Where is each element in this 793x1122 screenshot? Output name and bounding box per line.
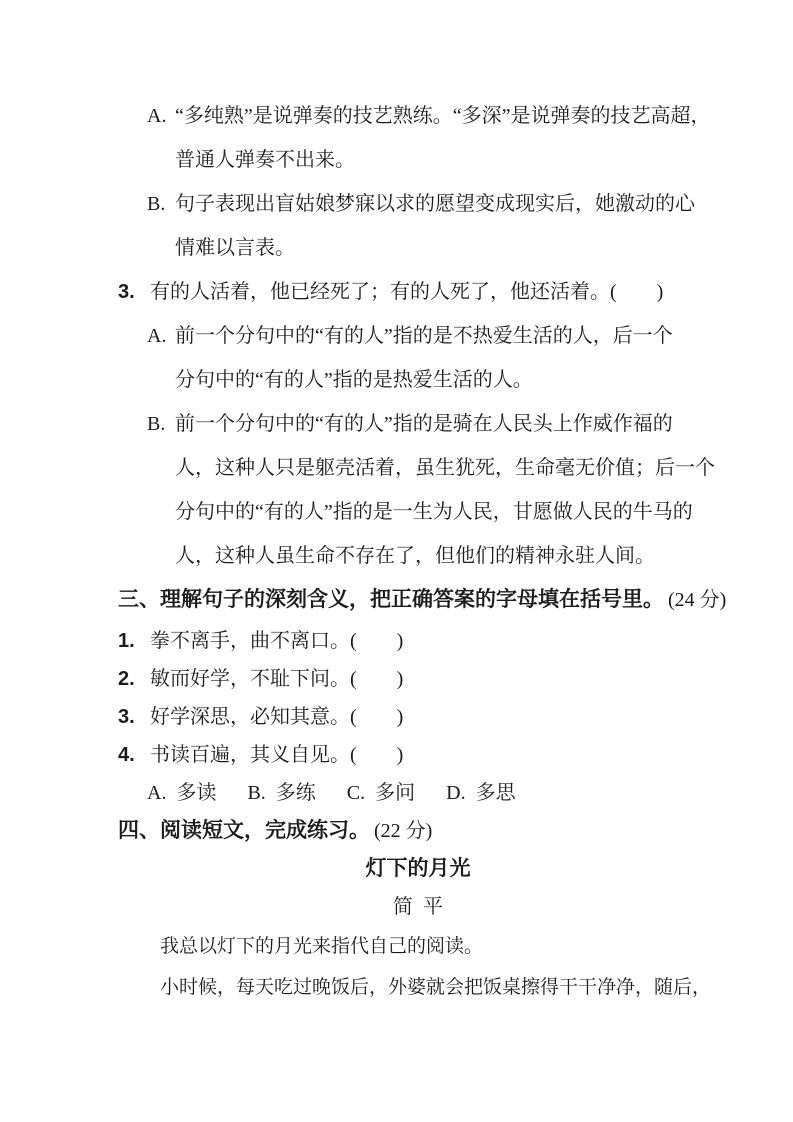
item-4-text: 书读百遍，其义自见。( ) [150,744,403,766]
items-region: 1.拳不离手，曲不离口。( ) 2.敏而好学，不耻下问。( ) 3.好学深思，必… [118,622,718,926]
choice-d: D.多思 [446,782,515,804]
q2-option-b: B. 句子表现出盲姑娘梦寐以求的愿望变成现实后，她激动的心 情难以言表。 [118,182,718,270]
worksheet-page: A. “多纯熟”是说弹奏的技艺熟练。“多深”是说弹奏的技艺高超， 普通人弹奏不出… [0,0,793,1122]
question-region: A. “多纯熟”是说弹奏的技艺熟练。“多深”是说弹奏的技艺高超， 普通人弹奏不出… [118,94,718,622]
choice-d-letter: D. [446,782,465,804]
option-text-b: 句子表现出盲姑娘梦寐以求的愿望变成现实后，她激动的心 情难以言表。 [175,193,695,259]
passage-title: 灯下的月光 [118,850,718,888]
passage-body: 我总以灯下的月光来指代自己的阅读。 小时候，每天吃过晚饭后，外婆就会把饭桌擦得干… [118,926,718,1008]
choice-c: C.多问 [347,782,415,804]
choice-b-letter: B. [247,782,265,804]
passage-author: 简平 [118,888,718,926]
option-letter-b: B. [147,182,165,226]
choice-c-text: 多问 [375,782,415,804]
q3-option-text-b: 前一个分句中的“有的人”指的是骑在人民头上作威作福的 人，这种人只是躯壳活着，虽… [175,413,715,567]
section-3-heading-text: 三、理解句子的深刻含义，把正确答案的字母填在括号里。 [118,588,664,611]
passage-paragraph-2: 小时候，每天吃过晚饭后，外婆就会把饭桌擦得干干净净，随后， [118,967,718,1008]
item-3-text: 好学深思，必知其意。( ) [150,706,403,728]
choice-b: B.多练 [247,782,315,804]
q2-option-a: A. “多纯熟”是说弹奏的技艺熟练。“多深”是说弹奏的技艺高超， 普通人弹奏不出… [118,94,718,182]
item-4-number: 4. [118,736,150,774]
choice-c-letter: C. [347,782,365,804]
passage-paragraph-1: 我总以灯下的月光来指代自己的阅读。 [118,926,718,967]
question-3-number: 3. [118,270,150,314]
q3-option-b: B. 前一个分句中的“有的人”指的是骑在人民头上作威作福的 人，这种人只是躯壳活… [118,402,718,578]
choice-b-text: 多练 [276,782,316,804]
q3-option-letter-b: B. [147,402,165,446]
section-4-heading: 四、阅读短文，完成练习。(22 分) [118,812,718,850]
section-3-heading: 三、理解句子的深刻含义，把正确答案的字母填在括号里。(24 分) [118,578,718,622]
option-letter-a: A. [147,94,166,138]
choices-row: A.多读 B.多练 C.多问 D.多思 [118,774,718,812]
item-1-number: 1. [118,622,150,660]
item-2: 2.敏而好学，不耻下问。( ) [118,660,718,698]
section-4-heading-text: 四、阅读短文，完成练习。 [118,819,370,842]
item-2-text: 敏而好学，不耻下问。( ) [150,668,403,690]
section-4-score: (22 分) [374,820,432,842]
q3-option-letter-a: A. [147,314,166,358]
item-4: 4.书读百遍，其义自见。( ) [118,736,718,774]
choice-d-text: 多思 [476,782,516,804]
question-3-text: 有的人活着，他已经死了；有的人死了，他还活着。( ) [150,281,663,303]
choice-a-text: 多读 [176,782,216,804]
choice-a-letter: A. [147,782,166,804]
item-1: 1.拳不离手，曲不离口。( ) [118,622,718,660]
q3-option-text-a: 前一个分句中的“有的人”指的是不热爱生活的人，后一个 分句中的“有的人”指的是热… [175,325,673,391]
item-2-number: 2. [118,660,150,698]
q3-option-a: A. 前一个分句中的“有的人”指的是不热爱生活的人，后一个 分句中的“有的人”指… [118,314,718,402]
choice-a: A.多读 [147,782,216,804]
option-text-a: “多纯熟”是说弹奏的技艺熟练。“多深”是说弹奏的技艺高超， 普通人弹奏不出来。 [175,105,711,171]
question-3: 3.有的人活着，他已经死了；有的人死了，他还活着。( ) [118,270,718,314]
item-1-text: 拳不离手，曲不离口。( ) [150,630,403,652]
item-3: 3.好学深思，必知其意。( ) [118,698,718,736]
section-3-score: (24 分) [668,589,726,611]
item-3-number: 3. [118,698,150,736]
